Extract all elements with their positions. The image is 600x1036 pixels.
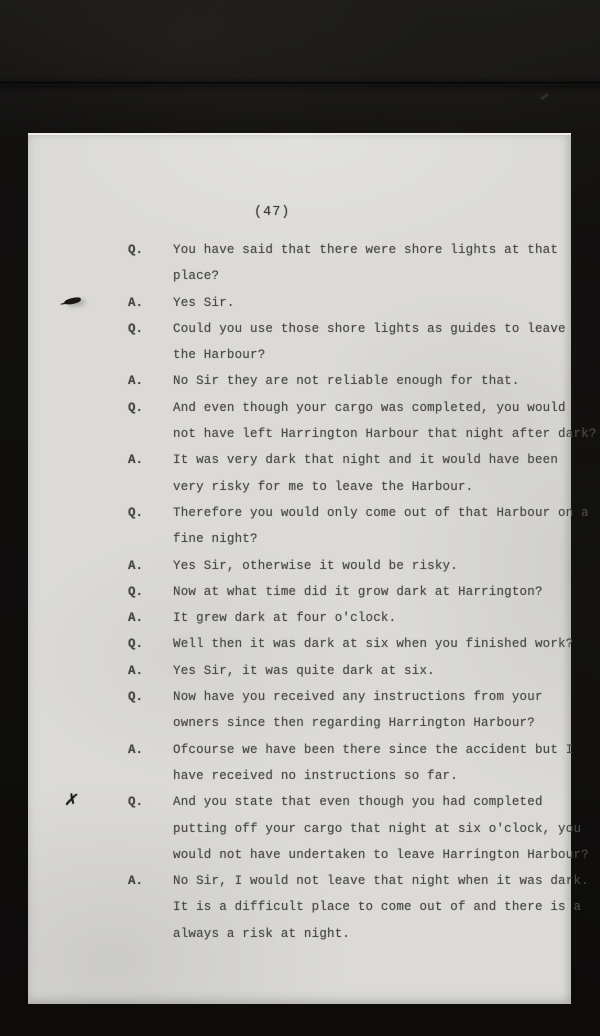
line-text: not have left Harrington Harbour that ni…	[173, 427, 597, 441]
speaker-label: Q.	[128, 243, 143, 257]
transcript-line: A.Yes Sir.	[28, 292, 571, 318]
line-text: It grew dark at four o'clock.	[173, 611, 396, 625]
transcript-line: It is a difficult place to come out of a…	[28, 896, 571, 922]
line-text: No Sir they are not reliable enough for …	[173, 374, 520, 388]
line-text: have received no instructions so far.	[173, 769, 458, 783]
line-text: No Sir, I would not leave that night whe…	[173, 874, 589, 888]
line-text: You have said that there were shore ligh…	[173, 243, 558, 257]
line-text: And even though your cargo was completed…	[173, 401, 566, 415]
transcript-line: Q.You have said that there were shore li…	[28, 239, 571, 265]
transcript-line: have received no instructions so far.	[28, 765, 571, 791]
line-text: Therefore you would only come out of tha…	[173, 506, 589, 520]
transcript-line: A.It grew dark at four o'clock.	[28, 607, 571, 633]
line-text: Now at what time did it grow dark at Har…	[173, 585, 543, 599]
transcript-line: A.Ofcourse we have been there since the …	[28, 739, 571, 765]
speaker-label: A.	[128, 664, 143, 678]
line-text: It is a difficult place to come out of a…	[173, 900, 581, 914]
transcript-line: Q.Now have you received any instructions…	[28, 686, 571, 712]
transcript-line: putting off your cargo that night at six…	[28, 818, 571, 844]
line-text: the Harbour?	[173, 348, 265, 362]
speaker-label: Q.	[128, 506, 143, 520]
document-page: (47) Q.You have said that there were sho…	[28, 133, 571, 1004]
line-text: fine night?	[173, 532, 258, 546]
speaker-label: Q.	[128, 322, 143, 336]
line-text: Could you use those shore lights as guid…	[173, 322, 566, 336]
speaker-label: A.	[128, 874, 143, 888]
transcript: Q.You have said that there were shore li…	[28, 239, 571, 949]
line-text: It was very dark that night and it would…	[173, 453, 558, 467]
line-text: Yes Sir.	[173, 296, 235, 310]
speaker-label: Q.	[128, 585, 143, 599]
transcript-line: Q.And even though your cargo was complet…	[28, 397, 571, 423]
transcript-line: Q.Therefore you would only come out of t…	[28, 502, 571, 528]
line-text: And you state that even though you had c…	[173, 795, 543, 809]
transcript-line: A.Yes Sir, it was quite dark at six.	[28, 660, 571, 686]
line-text: owners since then regarding Harrington H…	[173, 716, 535, 730]
line-text: would not have undertaken to leave Harri…	[173, 848, 589, 862]
transcript-line: place?	[28, 265, 571, 291]
transcript-line: A.It was very dark that night and it wou…	[28, 449, 571, 475]
line-text: Now have you received any instructions f…	[173, 690, 543, 704]
speaker-label: Q.	[128, 690, 143, 704]
transcript-line: A.No Sir, I would not leave that night w…	[28, 870, 571, 896]
line-text: putting off your cargo that night at six…	[173, 822, 581, 836]
transcript-line: A.Yes Sir, otherwise it would be risky.	[28, 555, 571, 581]
speaker-label: Q.	[128, 795, 143, 809]
transcript-line: would not have undertaken to leave Harri…	[28, 844, 571, 870]
speaker-label: A.	[128, 296, 143, 310]
transcript-line: not have left Harrington Harbour that ni…	[28, 423, 571, 449]
transcript-line: Q.Now at what time did it grow dark at H…	[28, 581, 571, 607]
transcript-line: Q.Could you use those shore lights as gu…	[28, 318, 571, 344]
line-text: Ofcourse we have been there since the ac…	[173, 743, 573, 757]
line-text: always a risk at night.	[173, 927, 350, 941]
transcript-line: Q.Well then it was dark at six when you …	[28, 633, 571, 659]
transcript-line: Q.And you state that even though you had…	[28, 791, 571, 817]
transcript-line: owners since then regarding Harrington H…	[28, 712, 571, 738]
speaker-label: A.	[128, 743, 143, 757]
line-text: Well then it was dark at six when you fi…	[173, 637, 573, 651]
backdrop-seam-line	[0, 82, 600, 85]
transcript-line: always a risk at night.	[28, 923, 571, 949]
line-text: place?	[173, 269, 219, 283]
transcript-line: A.No Sir they are not reliable enough fo…	[28, 370, 571, 396]
transcript-line: very risky for me to leave the Harbour.	[28, 476, 571, 502]
line-text: Yes Sir, it was quite dark at six.	[173, 664, 435, 678]
speaker-label: A.	[128, 611, 143, 625]
transcript-line: the Harbour?	[28, 344, 571, 370]
speaker-label: A.	[128, 374, 143, 388]
speaker-label: A.	[128, 453, 143, 467]
transcript-line: fine night?	[28, 528, 571, 554]
speaker-label: Q.	[128, 637, 143, 651]
speaker-label: A.	[128, 559, 143, 573]
line-text: very risky for me to leave the Harbour.	[173, 480, 473, 494]
speaker-label: Q.	[128, 401, 143, 415]
page-number: (47)	[254, 205, 324, 220]
line-text: Yes Sir, otherwise it would be risky.	[173, 559, 458, 573]
